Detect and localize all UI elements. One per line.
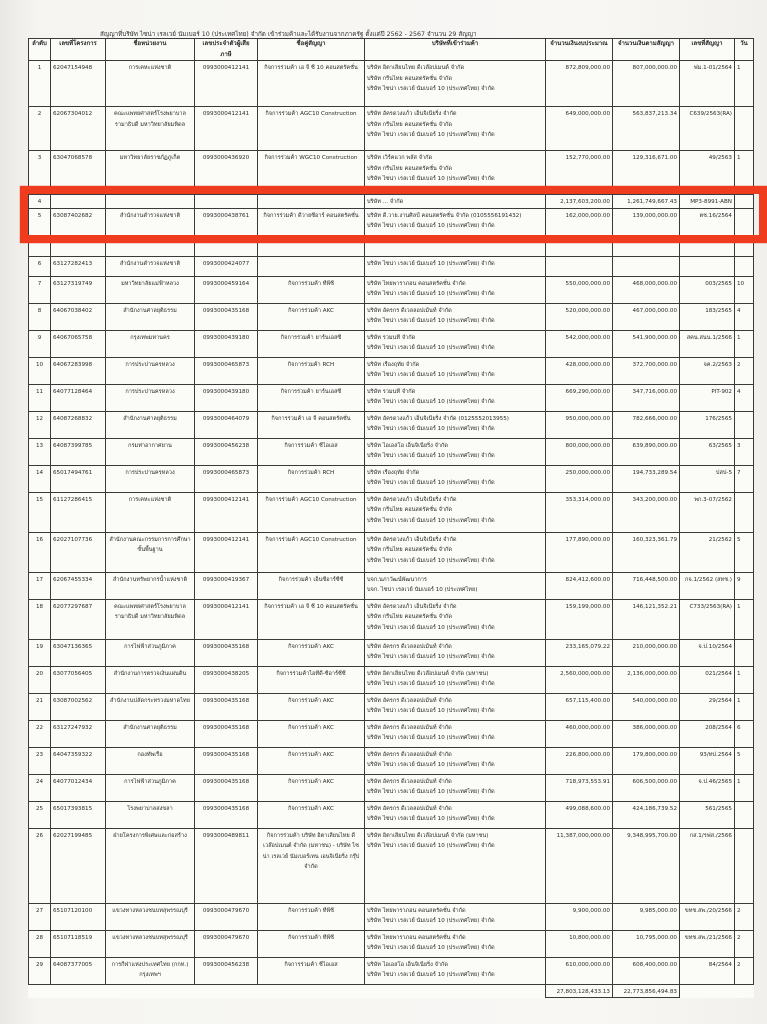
agency-name: สำนักงานการตรวจเงินแผ่นดิน xyxy=(106,666,195,693)
table-row: 2364047359322กองทัพเรือ0993000435168กิจก… xyxy=(29,747,754,774)
joint-venture-members: บริษัท เวิร์คแวก พลัส จำกัดบริษัท กรีนไท… xyxy=(365,151,546,195)
contract-date xyxy=(735,492,754,532)
contract-amount: 606,500,000.00 xyxy=(613,774,680,801)
contract-number: ขทช.สพ./20/2566 xyxy=(680,903,735,930)
tax-id: 0993000435168 xyxy=(195,693,258,720)
contract-party: กิจการร่วมค้า ซีไอเอส xyxy=(258,957,365,984)
member-company: บริษัท อัครกร ดีเวลลอปเม้นท์ จำกัด xyxy=(367,642,543,653)
contract-number: 21/2562 xyxy=(680,532,735,572)
table-row: 2263127247932สำนักงานศาลยุติธรรม09930004… xyxy=(29,720,754,747)
tax-id: 0993000435168 xyxy=(195,720,258,747)
table-row: 262067304012คณะแพทยศาสตร์โรงพยาบาลรามาธิ… xyxy=(29,107,754,151)
joint-venture-members: บริษัท ... จำกัด xyxy=(365,195,546,209)
contract-amount: 139,000,000.00 xyxy=(613,208,680,256)
table-row: 864067038402สำนักงานศาลยุติธรรม099300043… xyxy=(29,303,754,330)
member-company: บริษัท ไซน่า เรลเวย์ นัมเบอร์ 10 (ประเทศ… xyxy=(367,679,543,690)
contract-party: กิจการร่วมค้า AKC xyxy=(258,639,365,666)
member-company: บริษัท กรีนไทย คอนสตรัคชั่น จำกัด xyxy=(367,120,543,131)
row-no: 14 xyxy=(29,465,51,492)
contract-amount: 782,666,000.00 xyxy=(613,411,680,438)
contract-party: กิจการร่วมค้า AKC xyxy=(258,747,365,774)
total-budget: 27,803,128,433.13 xyxy=(546,984,613,998)
table-row: 663127282413สำนักงานตำรวจแห่งชาติ0993000… xyxy=(29,256,754,276)
joint-venture-members: บริษัท ไทยพาราภอน คอนสตรัคชั่น จำกัดบริษ… xyxy=(365,276,546,303)
project-number: 64077128464 xyxy=(51,384,106,411)
project-number: 64087377005 xyxy=(51,957,106,984)
project-number: 64087399785 xyxy=(51,438,106,465)
tax-id: 0993000489811 xyxy=(195,828,258,903)
header-agency: ชื่อหน่วยงาน xyxy=(106,39,195,61)
joint-venture-members: บริษัท อัครกร ดีเวลลอปเม้นท์ จำกัดบริษัท… xyxy=(365,303,546,330)
budget-amount: 460,000,000.00 xyxy=(546,720,613,747)
budget-amount: 824,412,600.00 xyxy=(546,572,613,599)
member-company: บริษัท ไซน่า เรลเวย์ นัมเบอร์ 10 (ประเทศ… xyxy=(367,259,543,270)
contract-number: 176/2565 xyxy=(680,411,735,438)
contract-date: 2 xyxy=(735,357,754,384)
member-company: บริษัท เรืองฤทัย จำกัด xyxy=(367,360,543,371)
row-no: 22 xyxy=(29,720,51,747)
contract-date xyxy=(735,107,754,151)
joint-venture-members: บริษัท อัครกร ดีเวลลอปเม้นท์ จำกัดบริษัท… xyxy=(365,801,546,828)
member-company: บริษัท ไซน่า เรลเวย์ นัมเบอร์ 10 (ประเทศ… xyxy=(367,760,543,771)
row-no: 20 xyxy=(29,666,51,693)
contract-number: 561/2565 xyxy=(680,801,735,828)
joint-venture-members: บริษัท อัครดวงแก้ว เอ็นจิเนียริ่ง จำกัด … xyxy=(365,411,546,438)
joint-venture-members: บริษัท อัครกร ดีเวลลอปเม้นท์ จำกัดบริษัท… xyxy=(365,747,546,774)
agency-name: สำนักงานตำรวจแห่งชาติ xyxy=(106,256,195,276)
agency-name xyxy=(106,195,195,209)
table-row: 1164077128464การประปานครหลวง099300043918… xyxy=(29,384,754,411)
header-project: เลขที่โครงการ xyxy=(51,39,106,61)
totals-row: 27,803,128,433.13 22,773,856,494.83 xyxy=(29,984,754,998)
contract-date: 1 xyxy=(735,599,754,639)
agency-name: โรงพยาบาลสงขลา xyxy=(106,801,195,828)
member-company: บริษัท อัครกร ดีเวลลอปเม้นท์ จำกัด xyxy=(367,777,543,788)
row-no: 7 xyxy=(29,276,51,303)
contract-party: กิจการร่วมค้า ซีไอเอส xyxy=(258,438,365,465)
tax-id: 0993000412141 xyxy=(195,599,258,639)
joint-venture-members: บริษัท อิตาเลียนไทย ดีเวล๊อปเมนต์ จำกัด … xyxy=(365,828,546,903)
contract-amount: 563,837,213.34 xyxy=(613,107,680,151)
contract-number: พก.3-07/2562 xyxy=(680,492,735,532)
project-number: 63127247932 xyxy=(51,720,106,747)
budget-amount: 152,770,000.00 xyxy=(546,151,613,195)
member-company: บริษัท ไซน่า เรลเวย์ นัมเบอร์ 10 (ประเทศ… xyxy=(367,814,543,825)
table-row: 1561127286415การเคหะแห่งชาติ099300041214… xyxy=(29,492,754,532)
member-company: บริษัท อัครดวงแก้ว เอ็นจิเนียริ่ง จำกัด xyxy=(367,535,543,546)
contract-amount: 540,000,000.00 xyxy=(613,693,680,720)
contract-amount: 386,000,000.00 xyxy=(613,720,680,747)
document-page: สัญญาที่บริษัท ไซน่า เรลเวย์ นัมเบอร์ 10… xyxy=(0,0,767,1024)
member-company: บริษัท ไซน่า เรลเวย์ นัมเบอร์ 10 (ประเทศ… xyxy=(367,343,543,354)
contract-amount: 129,316,671.00 xyxy=(613,151,680,195)
project-number: 63087402682 xyxy=(51,208,106,256)
member-company: บริษัท ไซน่า เรลเวย์ นัมเบอร์ 10 (ประเทศ… xyxy=(367,84,543,95)
project-number: 65107118519 xyxy=(51,930,106,957)
project-number: 63047068578 xyxy=(51,151,106,195)
budget-amount: 353,314,000.00 xyxy=(546,492,613,532)
row-no: 13 xyxy=(29,438,51,465)
project-number: 64067038402 xyxy=(51,303,106,330)
contract-number: 49/2563 xyxy=(680,151,735,195)
contract-party: กิจการร่วมค้า AKC xyxy=(258,801,365,828)
row-no: 24 xyxy=(29,774,51,801)
member-company: บริษัท อัครกร ดีเวลลอปเม้นท์ จำกัด xyxy=(367,804,543,815)
contract-amount: 424,186,739.52 xyxy=(613,801,680,828)
budget-amount: 11,387,000,000.00 xyxy=(546,828,613,903)
header-tax-id: เลขประจำตัวผู้เสียภาษี xyxy=(195,39,258,61)
contract-amount: 343,200,000.00 xyxy=(613,492,680,532)
member-company: บริษัท ไซน่า เรลเวย์ นัมเบอร์ 10 (ประเทศ… xyxy=(367,970,543,981)
contract-date: 2 xyxy=(735,930,754,957)
table-row: 4บริษัท ... จำกัด2,137,603,200.001,261,7… xyxy=(29,195,754,209)
table-row: 1465017494761การประปานครหลวง099300046587… xyxy=(29,465,754,492)
member-company: บริษัท อัครกร ดีเวลลอปเม้นท์ จำกัด xyxy=(367,723,543,734)
project-number: 63127319749 xyxy=(51,276,106,303)
joint-venture-members: บริษัท อัครกร ดีเวลลอปเม้นท์ จำกัดบริษัท… xyxy=(365,693,546,720)
project-number: 63127282413 xyxy=(51,256,106,276)
member-company: บริษัท ไซน่า เรลเวย์ นัมเบอร์ 10 (ประเทศ… xyxy=(367,478,543,489)
member-company: บริษัท กรีนไทย คอนสตรัคชั่น จำกัด xyxy=(367,612,543,623)
budget-amount: 657,115,400.00 xyxy=(546,693,613,720)
contract-date xyxy=(735,208,754,256)
tax-id: 0993000412141 xyxy=(195,61,258,107)
budget-amount: 2,560,000,000.00 xyxy=(546,666,613,693)
row-no: 15 xyxy=(29,492,51,532)
table-row: 1064067283998การประปานครหลวง099300046587… xyxy=(29,357,754,384)
agency-name: การเคหะแห่งชาติ xyxy=(106,61,195,107)
project-number: 62027199485 xyxy=(51,828,106,903)
contract-party: กิจการร่วมค้า AKC xyxy=(258,774,365,801)
member-company: บริษัท ไซน่า เรลเวย์ นัมเบอร์ 10 (ประเทศ… xyxy=(367,451,543,462)
contract-amount: 807,000,000.00 xyxy=(613,61,680,107)
contract-party: กิจการร่วมค้า AGC10 Construction xyxy=(258,492,365,532)
member-company: บริษัท ไซน่า เรลเวย์ นัมเบอร์ 10 (ประเทศ… xyxy=(367,221,543,232)
row-no: 1 xyxy=(29,61,51,107)
tax-id: 0993000439180 xyxy=(195,384,258,411)
member-company: บริษัท ไซน่า เรลเวย์ นัมเบอร์ 10 (ประเทศ… xyxy=(367,316,543,327)
table-row: 2565017393815โรงพยาบาลสงขลา0993000435168… xyxy=(29,801,754,828)
budget-amount: 9,900,000.00 xyxy=(546,903,613,930)
project-number: 62077297687 xyxy=(51,599,106,639)
joint-venture-members: บริษัท เรืองฤทัย จำกัดบริษัท ไซน่า เรลเว… xyxy=(365,357,546,384)
joint-venture-members: บริษัท อิตาเลียนไทย ดีเวล๊อปเมนต์ จำกัดบ… xyxy=(365,61,546,107)
table-row: 2765107120100แขวงทางหลวงชนบทสุพรรณบุรี09… xyxy=(29,903,754,930)
member-company: บริษัท ไซน่า เรลเวย์ นัมเบอร์ 10 (ประเทศ… xyxy=(367,733,543,744)
table-row: 2163087002562สำนักงานปลัดกระทรวงมหาดไทย0… xyxy=(29,693,754,720)
project-number: 63077056405 xyxy=(51,666,106,693)
member-company: บริษัท อิตาเลียนไทย ดีเวล๊อปเมนต์ จำกัด xyxy=(367,63,543,74)
row-no: 26 xyxy=(29,828,51,903)
contract-amount: 541,900,000.00 xyxy=(613,330,680,357)
row-no: 18 xyxy=(29,599,51,639)
agency-name: กรุงเทพมหานคร xyxy=(106,330,195,357)
agency-name: สำนักงานศาลยุติธรรม xyxy=(106,303,195,330)
contract-number: ตช.16/2564 xyxy=(680,208,735,256)
contract-date: 4 xyxy=(735,303,754,330)
tax-id: 0993000424077 xyxy=(195,256,258,276)
member-company: บริษัท ไซน่า เรลเวย์ นัมเบอร์ 10 (ประเทศ… xyxy=(367,397,543,408)
contract-party: กิจการร่วมค้า ทีพีซี xyxy=(258,903,365,930)
contract-number: 63/2565 xyxy=(680,438,735,465)
tax-id: 0993000439180 xyxy=(195,330,258,357)
member-company: บริษัท ไซน่า เรลเวย์ นัมเบอร์ 10 (ประเทศ… xyxy=(367,370,543,381)
row-no: 23 xyxy=(29,747,51,774)
member-company: บริษัท กรีนไทย คอนสตรัคชั่น จำกัด xyxy=(367,545,543,556)
tax-id: 0993000438761 xyxy=(195,208,258,256)
tax-id: 0993000412141 xyxy=(195,492,258,532)
project-number: 64047359322 xyxy=(51,747,106,774)
project-number: 63087002562 xyxy=(51,693,106,720)
tax-id: 0993000412141 xyxy=(195,107,258,151)
budget-amount: 718,973,553.91 xyxy=(546,774,613,801)
contract-party: กิจการร่วมค้า เอ จี ซี 10 คอนสตรัคชั่น xyxy=(258,599,365,639)
project-number: 65017393815 xyxy=(51,801,106,828)
joint-venture-members: บริษัท ไทยพาราภอน คอนสตรัคชั่น จำกัดบริษ… xyxy=(365,903,546,930)
contract-number: สคน.สนน.1/2566 xyxy=(680,330,735,357)
project-number: 64067065758 xyxy=(51,330,106,357)
row-no: 10 xyxy=(29,357,51,384)
tax-id: 0993000435168 xyxy=(195,747,258,774)
tax-id: 0993000419367 xyxy=(195,572,258,599)
agency-name: กองทัพเรือ xyxy=(106,747,195,774)
project-number xyxy=(51,195,106,209)
budget-amount: 159,199,000.00 xyxy=(546,599,613,639)
project-number: 65017494761 xyxy=(51,465,106,492)
member-company: บริษัท ไทยพาราภอน คอนสตรัคชั่น จำกัด xyxy=(367,279,543,290)
budget-amount: 800,000,000.00 xyxy=(546,438,613,465)
row-no: 5 xyxy=(29,208,51,256)
member-company: บริษัท ไซน่า เรลเวย์ นัมเบอร์ 10 (ประเทศ… xyxy=(367,916,543,927)
table-header-row: ลำดับ เลขที่โครงการ ชื่อหน่วยงาน เลขประจ… xyxy=(29,39,754,61)
member-company: บริษัท ไอเอสโอ เอ็นจิเนียริ่ง จำกัด xyxy=(367,441,543,452)
table-row: 363047068578มหาวิทยาลัยราชภัฏภูเก็ต09930… xyxy=(29,151,754,195)
member-company: บริษัท เวิร์คแวก พลัส จำกัด xyxy=(367,153,543,164)
agency-name: การไฟฟ้าส่วนภูมิภาค xyxy=(106,774,195,801)
agency-name: คณะแพทยศาสตร์โรงพยาบาลรามาธิบดี มหาวิทยา… xyxy=(106,599,195,639)
tax-id: 0993000435168 xyxy=(195,774,258,801)
member-company: บริษัท อัครกร ดีเวลลอปเม้นท์ จำกัด xyxy=(367,750,543,761)
row-no: 6 xyxy=(29,256,51,276)
contract-date: 1 xyxy=(735,330,754,357)
member-company: บริษัท กรีนไทย คอนสตรัคชั่น จำกัด xyxy=(367,164,543,175)
agency-name: การประปานครหลวง xyxy=(106,384,195,411)
contract-number: ฟม.1-01/2564 xyxy=(680,61,735,107)
joint-venture-members: บริษัท อัครกร ดีเวลลอปเม้นท์ จำกัดบริษัท… xyxy=(365,774,546,801)
contract-amount: 608,400,000.00 xyxy=(613,957,680,984)
contract-amount: 9,985,000.00 xyxy=(613,903,680,930)
joint-venture-members: บจก.นภาวัฒน์พัฒนาการบจก. ไซน่า เรลเวย์ น… xyxy=(365,572,546,599)
member-company: บริษัท ไซน่า เรลเวย์ นัมเบอร์ 10 (ประเทศ… xyxy=(367,706,543,717)
contract-number: กส.1/รฟส./2566 xyxy=(680,828,735,903)
table-row: 2662027199485ฝ่ายโครงการพิเศษและก่อสร้าง… xyxy=(29,828,754,903)
row-no: 27 xyxy=(29,903,51,930)
contract-number: กจ.1/2562 (สทช.) xyxy=(680,572,735,599)
joint-venture-members: บริษัท อัครดวงแก้ว เอ็นจิเนียริ่ง จำกัดบ… xyxy=(365,532,546,572)
contract-number: 183/2565 xyxy=(680,303,735,330)
total-contract-amount: 22,773,856,494.83 xyxy=(613,984,680,998)
contract-date: 4 xyxy=(735,384,754,411)
budget-amount: 669,290,000.00 xyxy=(546,384,613,411)
agency-name: มหาวิทยาลัยแม่ฟ้าหลวง xyxy=(106,276,195,303)
contract-date: 1 xyxy=(735,151,754,195)
contract-amount: 179,800,000.00 xyxy=(613,747,680,774)
contract-number: PIT-902 xyxy=(680,384,735,411)
member-company: บริษัท ดี.วาย.งานศิลป์ คอนสตรัคชั่น จำกั… xyxy=(367,211,543,222)
contract-party xyxy=(258,195,365,209)
contract-date: 5 xyxy=(735,532,754,572)
joint-venture-members: บริษัท ไอเอสโอ เอ็นจิเนียริ่ง จำกัดบริษั… xyxy=(365,438,546,465)
agency-name: ฝ่ายโครงการพิเศษและก่อสร้าง xyxy=(106,828,195,903)
contract-number: MP3-8991-ABN xyxy=(680,195,735,209)
project-number: 64077012434 xyxy=(51,774,106,801)
tax-id: 0993000435168 xyxy=(195,639,258,666)
tax-id: 0993000435168 xyxy=(195,801,258,828)
project-number: 62067455334 xyxy=(51,572,106,599)
tax-id: 0993000438205 xyxy=(195,666,258,693)
row-no: 12 xyxy=(29,411,51,438)
member-company: บริษัท อัครกร ดีเวลลอปเม้นท์ จำกัด xyxy=(367,306,543,317)
contracts-table: ลำดับ เลขที่โครงการ ชื่อหน่วยงาน เลขประจ… xyxy=(28,38,754,998)
budget-amount: 233,165,079.22 xyxy=(546,639,613,666)
contract-number xyxy=(680,256,735,276)
member-company: บริษัท ... จำกัด xyxy=(367,197,543,208)
joint-venture-members: บริษัท อัครกร ดีเวลลอปเม้นท์ จำกัดบริษัท… xyxy=(365,639,546,666)
budget-amount xyxy=(546,256,613,276)
member-company: บจก.นภาวัฒน์พัฒนาการ xyxy=(367,575,543,586)
project-number: 62027107736 xyxy=(51,532,106,572)
contract-party: กิจการร่วมค้า เอ จี ซี 10 คอนสตรัคชั่น xyxy=(258,61,365,107)
contract-party: กิจการร่วมค้า RCH xyxy=(258,465,365,492)
contract-date: 9 xyxy=(735,572,754,599)
contract-party: กิจการร่วมค้า WGC10 Construction xyxy=(258,151,365,195)
agency-name: สำนักงานทรัพยากรน้ำแห่งชาติ xyxy=(106,572,195,599)
contract-party: กิจการร่วมค้า เอ็นซีอาร์ซีซี xyxy=(258,572,365,599)
contract-party: กิจการร่วมค้า AKC xyxy=(258,693,365,720)
contract-party: กิจการร่วมค้า AGC10 Construction xyxy=(258,107,365,151)
table-row: 1762067455334สำนักงานทรัพยากรน้ำแห่งชาติ… xyxy=(29,572,754,599)
contract-number: 29/2564 xyxy=(680,693,735,720)
table-row: 1662027107736สำนักงานคณะกรรมการการศึกษาข… xyxy=(29,532,754,572)
row-no: 11 xyxy=(29,384,51,411)
contract-date: 1 xyxy=(735,774,754,801)
contract-date xyxy=(735,411,754,438)
contract-amount: 194,733,289.54 xyxy=(613,465,680,492)
contract-date xyxy=(735,256,754,276)
contract-number: 003/2565 xyxy=(680,276,735,303)
member-company: บริษัท ไซน่า เรลเวย์ นัมเบอร์ 10 (ประเทศ… xyxy=(367,130,543,141)
member-company: บริษัท กรีนไทย คอนสตรัคชั่น จำกัด xyxy=(367,74,543,85)
member-company: บริษัท ไซน่า เรลเวย์ นัมเบอร์ 10 (ประเทศ… xyxy=(367,787,543,798)
contract-party: กิจการร่วมค้า ยาร์นเอสซี xyxy=(258,330,365,357)
tax-id: 0993000456238 xyxy=(195,438,258,465)
member-company: บริษัท ไซน่า เรลเวย์ นัมเบอร์ 10 (ประเทศ… xyxy=(367,652,543,663)
row-no: 25 xyxy=(29,801,51,828)
tax-id: 0993000464079 xyxy=(195,411,258,438)
budget-amount: 520,000,000.00 xyxy=(546,303,613,330)
contract-date: 10 xyxy=(735,276,754,303)
contract-party: กิจการร่วมค้า RCH xyxy=(258,357,365,384)
contract-date: 2 xyxy=(735,903,754,930)
joint-venture-members: บริษัท อัครดวงแก้ว เอ็นจิเนียริ่ง จำกัดบ… xyxy=(365,599,546,639)
contract-party: กิจการร่วมค้า ทีพีซี xyxy=(258,930,365,957)
joint-venture-members: บริษัท อัครดวงแก้ว เอ็นจิเนียริ่ง จำกัดบ… xyxy=(365,492,546,532)
header-contract-no: เลขที่สัญญา xyxy=(680,39,735,61)
member-company: บริษัท ไซน่า เรลเวย์ นัมเบอร์ 10 (ประเทศ… xyxy=(367,841,543,852)
agency-name: มหาวิทยาลัยราชภัฏภูเก็ต xyxy=(106,151,195,195)
budget-amount: 2,137,603,200.00 xyxy=(546,195,613,209)
contract-number: 021/2564 xyxy=(680,666,735,693)
joint-venture-members: บริษัท อัครกร ดีเวลลอปเม้นท์ จำกัดบริษัท… xyxy=(365,720,546,747)
contract-date xyxy=(735,801,754,828)
row-no: 19 xyxy=(29,639,51,666)
agency-name: แขวงทางหลวงชนบทสุพรรณบุรี xyxy=(106,903,195,930)
contract-amount: 372,700,000.00 xyxy=(613,357,680,384)
agency-name: การกีฬาแห่งประเทศไทย (กกท.) กรุงเทพฯ xyxy=(106,957,195,984)
row-no: 8 xyxy=(29,303,51,330)
contract-number: C639/2563(RA) xyxy=(680,107,735,151)
table-row: 964067065758กรุงเทพมหานคร0993000439180กิ… xyxy=(29,330,754,357)
contract-amount: 146,121,352.21 xyxy=(613,599,680,639)
tax-id: 0993000479670 xyxy=(195,903,258,930)
agency-name: สำนักงานศาลยุติธรรม xyxy=(106,411,195,438)
agency-name: กรมท่าอากาศยาน xyxy=(106,438,195,465)
member-company: บริษัท เรืองฤทัย จำกัด xyxy=(367,468,543,479)
budget-amount: 250,000,000.00 xyxy=(546,465,613,492)
budget-amount: 542,000,000.00 xyxy=(546,330,613,357)
member-company: บริษัท ไทยพาราภอน คอนสตรัคชั่น จำกัด xyxy=(367,933,543,944)
member-company: บริษัท อัครดวงแก้ว เอ็นจิเนียริ่ง จำกัด … xyxy=(367,414,543,425)
agency-name: แขวงทางหลวงชนบทสุพรรณบุรี xyxy=(106,930,195,957)
joint-venture-members: บริษัท ไซน่า เรลเวย์ นัมเบอร์ 10 (ประเทศ… xyxy=(365,256,546,276)
row-no: 17 xyxy=(29,572,51,599)
contract-amount: 347,716,000.00 xyxy=(613,384,680,411)
project-number: 63047136365 xyxy=(51,639,106,666)
budget-amount: 162,000,000.00 xyxy=(546,208,613,256)
member-company: บริษัท ไซน่า เรลเวย์ นัมเบอร์ 10 (ประเทศ… xyxy=(367,516,543,527)
budget-amount: 610,000,000.00 xyxy=(546,957,613,984)
project-number: 64087268832 xyxy=(51,411,106,438)
member-company: บริษัท กรีนไทย คอนสตรัคชั่น จำกัด xyxy=(367,505,543,516)
member-company: บริษัท อัครดวงแก้ว เอ็นจิเนียริ่ง จำกัด xyxy=(367,495,543,506)
table-body: 162047154948การเคหะแห่งชาติ0993000412141… xyxy=(29,61,754,985)
budget-amount: 649,000,000.00 xyxy=(546,107,613,151)
member-company: บริษัท ไซน่า เรลเวย์ นัมเบอร์ 10 (ประเทศ… xyxy=(367,556,543,567)
contract-amount xyxy=(613,256,680,276)
contract-amount: 9,348,995,700.00 xyxy=(613,828,680,903)
contract-date xyxy=(735,828,754,903)
contract-party: กิจการร่วมค้า ดีวายซีอาร์ คอนสตรัคชั่น xyxy=(258,208,365,256)
contract-date xyxy=(735,195,754,209)
table-row: 1364087399785กรมท่าอากาศยาน0993000456238… xyxy=(29,438,754,465)
member-company: บจก. ไซน่า เรลเวย์ นัมเบอร์ 10 (ประเทศไท… xyxy=(367,585,543,596)
tax-id: 0993000436920 xyxy=(195,151,258,195)
table-row: 1862077297687คณะแพทยศาสตร์โรงพยาบาลรามาธ… xyxy=(29,599,754,639)
contract-party xyxy=(258,256,365,276)
contract-amount: 160,323,361.79 xyxy=(613,532,680,572)
tax-id: 0993000465873 xyxy=(195,357,258,384)
tax-id: 0993000459164 xyxy=(195,276,258,303)
member-company: บริษัท อิตาเลียนไทย ดีเวล๊อปเมนต์ จำกัด … xyxy=(367,669,543,680)
table-row: 763127319749มหาวิทยาลัยแม่ฟ้าหลวง0993000… xyxy=(29,276,754,303)
member-company: บริษัท ไทยพาราภอน คอนสตรัคชั่น จำกัด xyxy=(367,906,543,917)
contract-date: 6 xyxy=(735,720,754,747)
contract-number: C733/2563(RA) xyxy=(680,599,735,639)
agency-name: สำนักงานปลัดกระทรวงมหาดไทย xyxy=(106,693,195,720)
agency-name: คณะแพทยศาสตร์โรงพยาบาลรามาธิบดี มหาวิทยา… xyxy=(106,107,195,151)
table-row: 162047154948การเคหะแห่งชาติ0993000412141… xyxy=(29,61,754,107)
contract-amount: 2,136,000,000.00 xyxy=(613,666,680,693)
